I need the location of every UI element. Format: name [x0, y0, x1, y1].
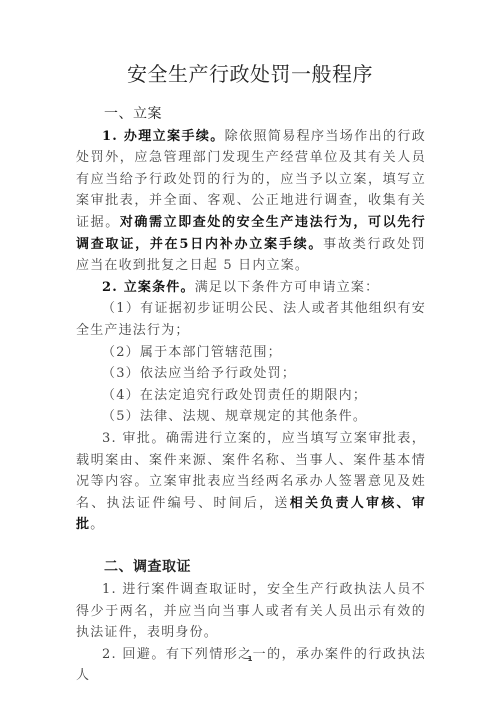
- paragraph-approval: 3. 审批。确需进行立案的，应当填写立案审批表，载明案由、案件来源、案件名称、当…: [76, 428, 426, 536]
- section-spacer: [76, 536, 426, 558]
- page-number: 1: [0, 655, 500, 663]
- paragraph-text: 满足以下条件方可申请立案：: [195, 280, 380, 295]
- condition-item: （1）有证据初步证明公民、法人或者其他组织有安全生产违法行为；: [76, 298, 426, 341]
- document-page: 安全生产行政处罚一般程序 一、立案 1. 办理立案手续。除依照简易程序当场作出的…: [0, 0, 500, 707]
- paragraph-filing-conditions: 2. 立案条件。满足以下条件方可申请立案：: [76, 277, 426, 299]
- condition-item: （2）属于本部门管辖范围；: [76, 342, 426, 364]
- paragraph-lead: 2. 立案条件。: [102, 280, 195, 295]
- paragraph-investigation-personnel: 1. 进行案件调查取证时，安全生产行政执法人员不得少于两名，并应当向当事人或者有…: [76, 579, 426, 644]
- paragraph-end: 。: [90, 517, 104, 532]
- section-heading-investigation: 二、调查取证: [76, 557, 426, 579]
- document-title: 安全生产行政处罚一般程序: [0, 58, 500, 87]
- condition-item: （5）法律、法规、规章规定的其他条件。: [76, 406, 426, 428]
- paragraph-lead: 1. 办理立案手续。: [102, 129, 225, 144]
- condition-item: （3）依法应当给予行政处罚；: [76, 363, 426, 385]
- condition-item: （4）在法定追究行政处罚责任的期限内；: [76, 385, 426, 407]
- paragraph-filing-procedure: 1. 办理立案手续。除依照简易程序当场作出的行政处罚外，应急管理部门发现生产经营…: [76, 126, 426, 277]
- paragraph-recusal: 2. 回避。有下列情形之一的，承办案件的行政执法人: [76, 644, 426, 687]
- section-heading-filing: 一、立案: [76, 104, 426, 126]
- document-body: 一、立案 1. 办理立案手续。除依照简易程序当场作出的行政处罚外，应急管理部门发…: [76, 104, 426, 687]
